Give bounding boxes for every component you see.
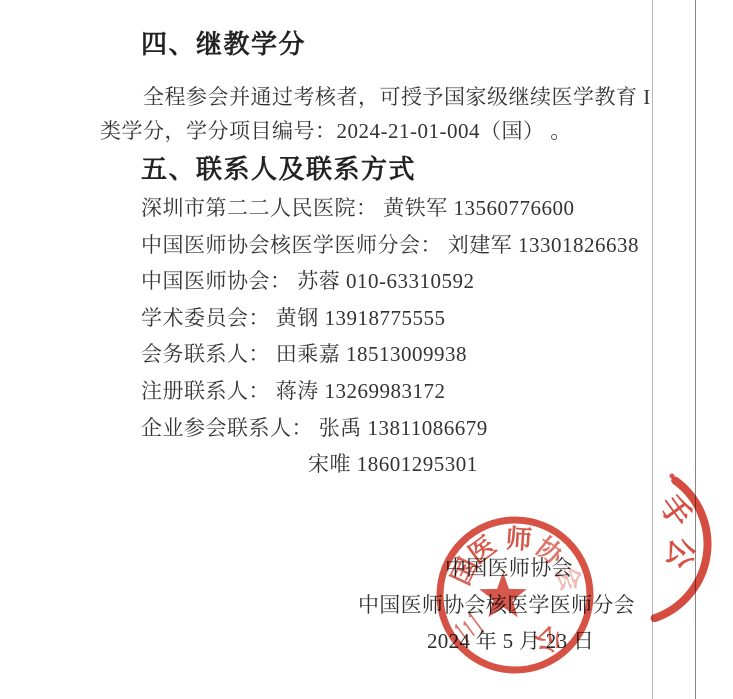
signature-org-main: 中国医师协会: [445, 557, 573, 579]
seal-ring-char-shi: 师: [505, 523, 533, 555]
partial-seal-char-bottom: 公: [661, 535, 699, 570]
partial-seal-char-top: 手: [652, 489, 696, 533]
contact-line-hospital: 深圳市第二二人民医院： 黄铁军 13560776600: [141, 190, 639, 227]
contact-line-affairs: 会务联系人： 田乘嘉 18513009938: [141, 336, 639, 373]
scan-artifact-line-left: [652, 0, 653, 699]
section-five-heading: 五、联系人及联系方式: [141, 156, 416, 182]
contact-line-enterprise: 企业参会联系人： 张禹 13811086679: [141, 410, 639, 447]
partial-seal-arc: [655, 481, 708, 619]
contact-list: 深圳市第二二人民医院： 黄铁军 13560776600 中国医师协会核医学医师分…: [141, 190, 639, 483]
signature-date: 2024 年 5 月 23 日: [427, 630, 594, 652]
contact-line-registration: 注册联系人： 蒋涛 13269983172: [141, 373, 639, 410]
section-four-heading: 四、继教学分: [141, 31, 306, 57]
contact-line-enterprise-2: 宋唯 18601295301: [141, 446, 639, 483]
credit-paragraph-line-1: 全程参会并通过考核者，可授予国家级继续医学教育 I: [143, 86, 651, 108]
credit-paragraph-line-2: 类学分，学分项目编号：2024-21-01-004（国） 。: [100, 120, 572, 142]
contact-line-cmda: 中国医师协会： 苏蓉 010-63310592: [141, 263, 639, 300]
partial-seal-ink-dot: [670, 474, 675, 479]
signature-org-branch: 中国医师协会核医学医师分会: [358, 594, 635, 616]
contact-line-academic: 学术委员会： 黄钢 13918775555: [141, 300, 639, 337]
document-page: { "page": { "background": "#ffffff", "sc…: [0, 0, 733, 699]
scan-artifact-line-right: [695, 0, 696, 699]
contact-line-branch: 中国医师协会核医学医师分会： 刘建军 13301826638: [141, 227, 639, 264]
